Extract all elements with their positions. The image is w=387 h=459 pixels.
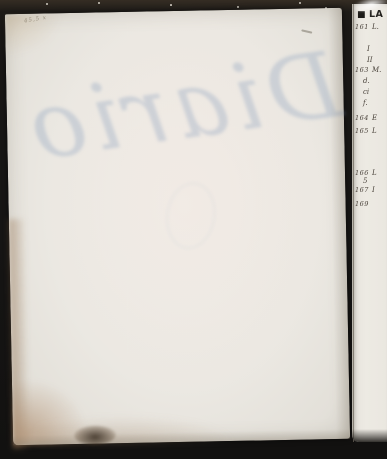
dust-speck <box>237 6 239 8</box>
index-entry: d. <box>352 77 387 86</box>
pencil-size-note: 45,5 x <box>24 15 48 25</box>
index-entry: 167 I <box>352 186 387 195</box>
dust-speck <box>299 2 301 4</box>
page-edge-shadow-right <box>328 8 350 439</box>
index-entry: I <box>352 45 387 54</box>
index-entry: 161 L. <box>352 23 387 32</box>
index-entry: 169 <box>352 200 387 209</box>
scratch-mark <box>301 29 312 33</box>
dust-speck <box>98 2 100 4</box>
index-entry: 165 L <box>352 127 387 136</box>
dust-speck <box>46 3 48 5</box>
album-page-verso: 45,5 x Diario <box>5 8 350 445</box>
dust-speck <box>170 4 172 6</box>
index-entry: II <box>352 56 387 65</box>
stain-left-edge <box>9 219 30 449</box>
mirrored-ink-title: Diario <box>20 39 347 175</box>
index-entry: 5 <box>352 177 387 186</box>
index-entry: 163 M. <box>352 66 387 75</box>
page-edge-shadow-bottom <box>13 429 350 445</box>
strip-bottom-shadow <box>352 429 387 442</box>
index-page-strip: ■ LA 161 L. I II 163 M. d. ci f. <box>352 4 387 442</box>
index-entry: f. <box>352 99 387 108</box>
index-entry: ci <box>352 88 387 97</box>
index-entry: 164 E <box>352 114 387 123</box>
scan-background: 45,5 x Diario ■ LA 161 L. I II <box>0 0 387 459</box>
